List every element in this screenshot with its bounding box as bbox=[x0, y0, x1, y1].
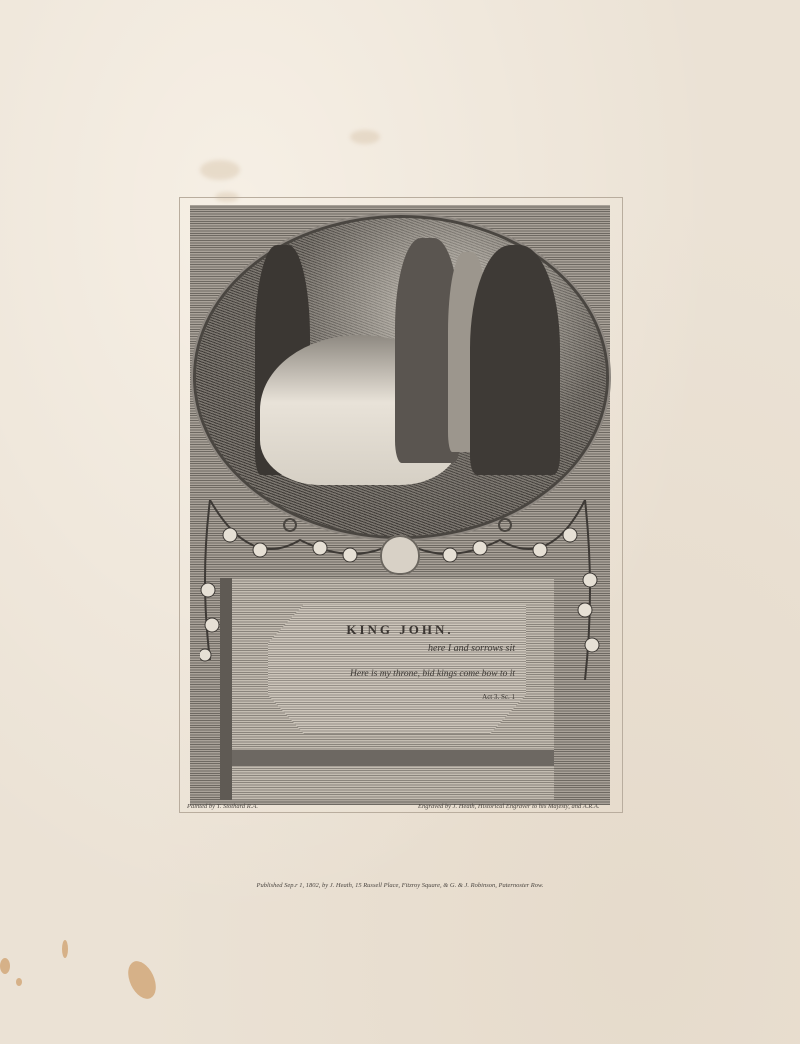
painter-credit: Painted by T. Stothard R.A. bbox=[187, 803, 258, 810]
theatre-masks-ornament-icon bbox=[380, 535, 420, 575]
tomb-base-moulding bbox=[232, 750, 554, 766]
foxing-spot bbox=[350, 130, 380, 144]
engraver-credit: Engraved by J. Heath, Historical Engrave… bbox=[418, 803, 600, 810]
tablet-quote-line-2: Here is my throne, bid kings come bow to… bbox=[275, 669, 515, 679]
tablet-act-reference: Act 3. Sc. 1 bbox=[440, 693, 515, 701]
tablet-title: KING JOHN. bbox=[300, 622, 500, 638]
water-stain bbox=[0, 958, 10, 974]
water-stain bbox=[62, 940, 68, 958]
foxing-spot bbox=[200, 160, 240, 180]
figure-hooded-woman bbox=[470, 245, 560, 475]
publication-line: Published Sep.r 1, 1802, by J. Heath, 15… bbox=[200, 882, 600, 889]
tablet-quote-line-1: here I and sorrows sit bbox=[355, 643, 515, 654]
water-stain bbox=[16, 978, 22, 986]
